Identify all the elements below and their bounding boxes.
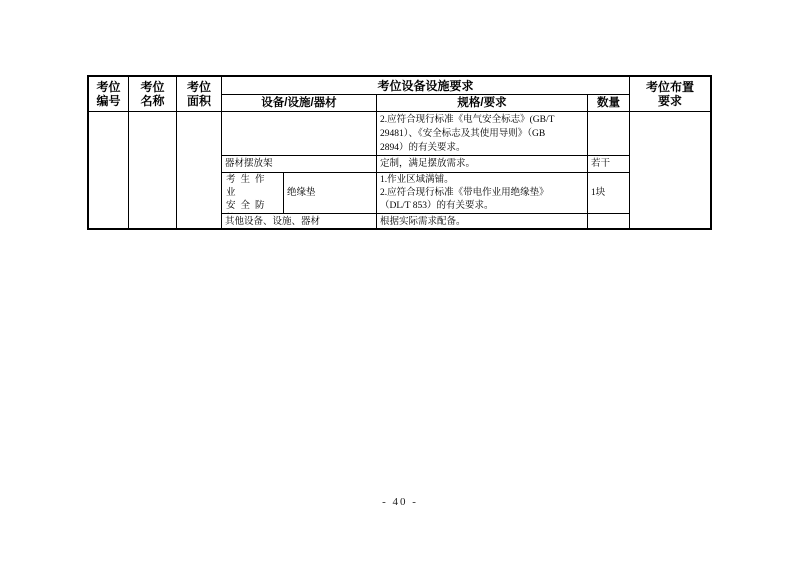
td-quantity-row2: 若干	[588, 156, 630, 173]
th-spec: 规格/要求	[377, 95, 588, 112]
td-spec-row3: 1.作业区域满铺。 2.应符合现行标准《带电作业用绝缘垫》 （DL/T 853）…	[377, 173, 588, 214]
td-equipment-row4: 其他设备、设施、器材	[222, 214, 377, 228]
td-equipment-group-row3: 考生作业 安全防护 设备设施	[222, 173, 284, 214]
td-equipment-row1	[222, 112, 377, 156]
td-layout-empty	[630, 112, 710, 228]
th-equipment-requirements: 考位设备设施要求	[222, 77, 630, 95]
seat-requirements-table: 考位 编号 考位 名称 考位 面积 考位设备设施要求 考位布置 要求 设备/设施…	[87, 75, 712, 230]
td-quantity-row4	[588, 214, 630, 228]
td-spec-row1: 2.应符合现行标准《电气安全标志》(GB/T 29481）、《安全标志及其使用导…	[377, 112, 588, 156]
td-seat-name-empty	[129, 112, 177, 228]
td-seat-area-empty	[177, 112, 222, 228]
th-layout-requirements: 考位布置 要求	[630, 77, 710, 112]
td-equipment-row3: 绝缘垫	[284, 173, 377, 214]
th-equipment: 设备/设施/器材	[222, 95, 377, 112]
th-seat-name: 考位 名称	[129, 77, 177, 112]
td-spec-row2: 定制，满足摆放需求。	[377, 156, 588, 173]
th-seat-number: 考位 编号	[89, 77, 129, 112]
th-seat-area: 考位 面积	[177, 77, 222, 112]
th-quantity: 数量	[588, 95, 630, 112]
td-spec-row4: 根据实际需求配备。	[377, 214, 588, 228]
page-number: - 40 -	[0, 496, 800, 508]
td-quantity-row3: 1块	[588, 173, 630, 214]
td-equipment-row2: 器材摆放架	[222, 156, 377, 173]
td-quantity-row1	[588, 112, 630, 156]
td-seat-number-empty	[89, 112, 129, 228]
